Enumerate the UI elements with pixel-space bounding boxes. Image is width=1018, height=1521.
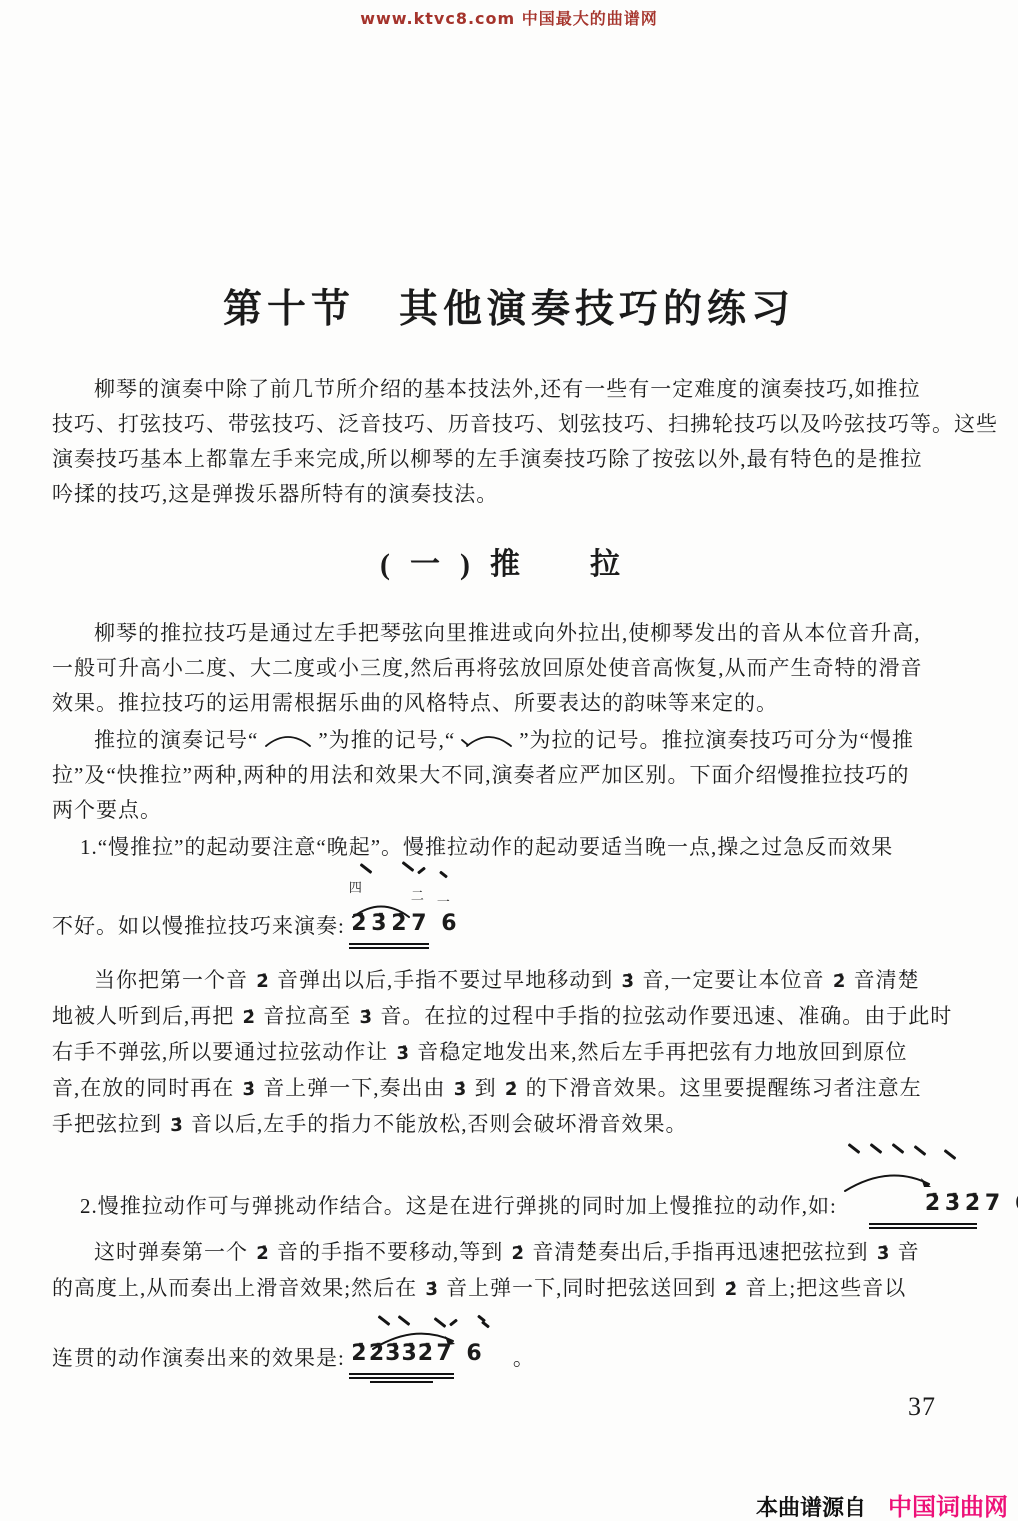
- text-segment: 音稳定地发出来,然后左手再把弦有力地放回到原位: [411, 1040, 908, 1064]
- credit-prefix: 本曲谱源自: [756, 1496, 866, 1521]
- text-segment: 音,一定要让本位音: [636, 968, 831, 992]
- paragraph-push-pull-intro: 柳琴的推拉技巧是通过左手把琴弦向里推进或向外拉出,使柳琴发出的音从本位音升高, …: [52, 616, 968, 721]
- text-line: 音,在放的同时再在 3̇ 音上弹一下,奏出由 3̇ 到 2̇ 的下滑音效果。这里…: [52, 1071, 968, 1107]
- paragraph-explain-1: 当你把第一个音 2̇ 音弹出以后,手指不要过早地移动到 3̇ 音,一定要让本位音…: [52, 963, 968, 1143]
- note: 2̇: [349, 1341, 369, 1367]
- text-line: 地被人听到后,再把 2̇ 音拉高至 3̇ 音。在拉的过程中手指的拉弦动作要迅速、…: [52, 999, 968, 1035]
- jianpu-notes: 2̇2̇3̇3̇2̇76: [349, 1336, 484, 1375]
- inline-note: 3̇: [452, 1079, 469, 1100]
- sixteenth-beam: 2̇2̇3̇3̇2̇7: [349, 1336, 454, 1375]
- text-segment: 音,在放的同时再在: [52, 1076, 241, 1100]
- text-line: 效果。推拉技巧的运用需根据乐曲的风格特点、所要表达的韵味等来定的。: [52, 686, 968, 721]
- text-segment: 。: [499, 1346, 535, 1370]
- inline-note: 2̇: [503, 1079, 520, 1100]
- text-line: 不好。如以慢推拉技巧来演奏: 四 二 一 2̇3̇2̇76: [52, 865, 968, 953]
- text-line: 推拉的演奏记号“”为推的记号,“”为拉的记号。推拉演奏技巧可分为“慢推: [52, 723, 968, 758]
- text-segment: 的高度上,从而奏出上滑音效果;然后在: [52, 1276, 423, 1300]
- text-line: 2.慢推拉动作可与弹挑动作结合。这是在进行弹挑的同时加上慢推拉的动作,如: 2̇…: [52, 1145, 968, 1233]
- page-title: 第十节 其他演奏技巧的练习: [0, 278, 1018, 334]
- pluck-stroke-icon: [481, 1321, 490, 1329]
- section-heading: (一)推 拉: [52, 542, 968, 588]
- text-line: 当你把第一个音 2̇ 音弹出以后,手指不要过早地移动到 3̇ 音,一定要让本位音…: [52, 963, 968, 999]
- text-block: 柳琴的演奏中除了前几节所介绍的基本技法外,还有一些有一定难度的演奏技巧,如推拉 …: [52, 372, 968, 1385]
- inline-note: 2̇: [254, 971, 271, 992]
- finger-mark-4: 四: [349, 881, 362, 894]
- paragraph-intro: 柳琴的演奏中除了前几节所介绍的基本技法外,还有一些有一定难度的演奏技巧,如推拉 …: [52, 372, 968, 512]
- inline-note: 3̇: [241, 1079, 258, 1100]
- tiao-stroke-icon: [417, 867, 426, 875]
- text-line: 连贯的动作演奏出来的效果是: 2̇2̇3̇3̇2̇76 。: [52, 1317, 968, 1383]
- text-line: 这时弹奏第一个 2̇ 音的手指不要移动,等到 2̇ 音清楚奏出后,手指再迅速把弦…: [52, 1235, 968, 1271]
- pluck-stroke-icon: [913, 1145, 926, 1156]
- inline-note: 2̇: [241, 1007, 258, 1028]
- pluck-stroke-icon: [439, 871, 448, 879]
- pluck-stroke-icon: [397, 1315, 410, 1326]
- text-segment: 音: [891, 1240, 919, 1264]
- site-watermark: www.ktvc8.com 中国最大的曲谱网: [0, 6, 1018, 29]
- text-segment: 音弹出以后,手指不要过早地移动到: [271, 968, 620, 992]
- music-notation-pushpull-pluck: 2̇3̇2̇76: [841, 1145, 971, 1233]
- note: 6: [439, 911, 459, 937]
- text-segment: 2.慢推拉动作可与弹挑动作结合。这是在进行弹挑的同时加上慢推拉的动作,如:: [80, 1194, 837, 1218]
- text-segment: 音上弹一下,同时把弦送回到: [440, 1276, 723, 1300]
- text-line: 吟揉的技巧,这是弹拨乐器所特有的演奏技法。: [52, 477, 968, 512]
- page-number: 37: [908, 1392, 936, 1422]
- scanned-book-page: { "colors": {"watermark_red": "#a5342c",…: [0, 0, 1018, 1521]
- note: 3̇: [369, 911, 389, 937]
- text-line: 拉”及“快推拉”两种,两种的用法和效果大不同,演奏者应严加区别。下面介绍慢推拉技…: [52, 758, 968, 793]
- note: 2̇: [349, 911, 369, 937]
- push-sign-icon: [262, 731, 314, 749]
- inline-note: 3̇: [620, 971, 637, 992]
- sixteenth-beam: 2̇3̇2̇7: [349, 906, 429, 945]
- text-segment: 的下滑音效果。这里要提醒练习者注意左: [519, 1076, 921, 1100]
- text-line: 柳琴的推拉技巧是通过左手把琴弦向里推进或向外拉出,使柳琴发出的音从本位音升高,: [52, 616, 968, 651]
- inline-note: 2̇: [723, 1279, 740, 1300]
- music-notation-slow-pushpull: 四 二 一 2̇3̇2̇76: [349, 865, 469, 953]
- text-segment: 音清楚奏出后,手指再迅速把弦拉到: [526, 1240, 875, 1264]
- pluck-stroke-icon: [869, 1143, 882, 1154]
- text-segment: 连贯的动作演奏出来的效果是:: [52, 1346, 345, 1370]
- note: 2̇: [389, 911, 409, 937]
- paragraph-point-2: 2.慢推拉动作可与弹挑动作结合。这是在进行弹挑的同时加上慢推拉的动作,如: 2̇…: [52, 1145, 968, 1233]
- note: 7: [434, 1341, 454, 1367]
- text-line: 1.“慢推拉”的起动要注意“晚起”。慢推拉动作的起动要适当晚一点,操之过急反而效…: [52, 830, 968, 865]
- pluck-stroke-icon: [359, 863, 372, 874]
- note: 7: [409, 911, 429, 937]
- inline-note: 2̇: [254, 1243, 271, 1264]
- text-segment: 地被人听到后,再把: [52, 1004, 241, 1028]
- text-line: 两个要点。: [52, 793, 968, 828]
- text-segment: 音上弹一下,奏出由: [257, 1076, 452, 1100]
- credit-brand: 中国词曲网: [888, 1493, 1008, 1521]
- paragraph-explain-2: 这时弹奏第一个 2̇ 音的手指不要移动,等到 2̇ 音清楚奏出后,手指再迅速把弦…: [52, 1235, 968, 1307]
- jianpu-notes: 2̇3̇2̇76: [841, 1186, 1007, 1225]
- text-segment: 手把弦拉到: [52, 1112, 168, 1136]
- inline-note: 3̇: [168, 1115, 185, 1136]
- thirtysecond-beam: 2̇3̇3̇2̇: [369, 1336, 434, 1371]
- text-segment: 当你把第一个音: [94, 968, 254, 992]
- sixteenth-beam: 2̇3̇2̇7: [869, 1186, 977, 1225]
- note: 6: [464, 1341, 484, 1367]
- note: 3̇: [917, 1191, 937, 1217]
- note-group: 2̇3̇3̇2̇: [369, 1341, 434, 1366]
- text-line: 柳琴的演奏中除了前几节所介绍的基本技法外,还有一些有一定难度的演奏技巧,如推拉: [52, 372, 968, 407]
- note: 7: [957, 1191, 977, 1217]
- text-line: 演奏技巧基本上都靠左手来完成,所以柳琴的左手演奏技巧除了按弦以外,最有特色的是推…: [52, 442, 968, 477]
- inline-note: 3̇: [395, 1043, 412, 1064]
- paragraph-signs: 推拉的演奏记号“”为推的记号,“”为拉的记号。推拉演奏技巧可分为“慢推 拉”及“…: [52, 723, 968, 828]
- inline-note: 2̇: [831, 971, 848, 992]
- footer-credit: 本曲谱源自中国词曲网: [756, 1487, 1008, 1521]
- text-segment: 音拉高至: [257, 1004, 358, 1028]
- pluck-stroke-icon: [891, 1143, 904, 1154]
- text-segment: ”为拉的记号。推拉演奏技巧可分为“慢推: [519, 728, 914, 752]
- inline-note: 2̇: [510, 1243, 527, 1264]
- tiao-stroke-icon: [449, 1319, 458, 1327]
- text-line: 技巧、打弦技巧、带弦技巧、泛音技巧、历音技巧、划弦技巧、扫拂轮技巧以及吟弦技巧等…: [52, 407, 968, 442]
- text-line: 一般可升高小二度、大二度或小三度,然后再将弦放回原处使音高恢复,从而产生奇特的滑…: [52, 651, 968, 686]
- pluck-stroke-icon: [943, 1149, 956, 1160]
- inline-note: 3̇: [875, 1243, 892, 1264]
- text-segment: 音以后,左手的指力不能放松,否则会破坏滑音效果。: [185, 1112, 688, 1136]
- text-segment: 这时弹奏第一个: [94, 1240, 254, 1264]
- paragraph-result: 连贯的动作演奏出来的效果是: 2̇2̇3̇3̇2̇76 。: [52, 1317, 968, 1383]
- text-segment: 音的手指不要移动,等到: [271, 1240, 510, 1264]
- text-line: 手把弦拉到 3̇ 音以后,左手的指力不能放松,否则会破坏滑音效果。: [52, 1107, 968, 1143]
- text-segment: 音。在拉的过程中手指的拉弦动作要迅速、准确。由于此时: [374, 1004, 952, 1028]
- pull-sign-icon: [459, 731, 515, 749]
- paragraph-point-1: 1.“慢推拉”的起动要注意“晚起”。慢推拉动作的起动要适当晚一点,操之过急反而效…: [52, 830, 968, 953]
- text-line: 的高度上,从而奏出上滑音效果;然后在 3̇ 音上弹一下,同时把弦送回到 2̇ 音…: [52, 1271, 968, 1307]
- text-segment: 推拉的演奏记号“: [94, 728, 258, 752]
- pluck-stroke-icon: [847, 1143, 860, 1154]
- text-segment: ”为推的记号,“: [318, 728, 455, 752]
- text-line: 右手不弹弦,所以要通过拉弦动作让 3̇ 音稳定地发出来,然后左手再把弦有力地放回…: [52, 1035, 968, 1071]
- music-notation-combined: 2̇2̇3̇3̇2̇76: [349, 1317, 499, 1383]
- note: 2̇: [897, 1191, 917, 1217]
- text-segment: 不好。如以慢推拉技巧来演奏:: [52, 914, 345, 938]
- text-segment: 右手不弹弦,所以要通过拉弦动作让: [52, 1040, 395, 1064]
- note: 2̇: [937, 1191, 957, 1217]
- pluck-stroke-icon: [377, 1315, 390, 1326]
- text-segment: 音清楚: [847, 968, 919, 992]
- text-segment: 到: [468, 1076, 503, 1100]
- inline-note: 3̇: [423, 1279, 440, 1300]
- jianpu-notes: 2̇3̇2̇76: [349, 906, 459, 945]
- text-segment: 音上;把这些音以: [739, 1276, 906, 1300]
- inline-note: 3̇: [358, 1007, 375, 1028]
